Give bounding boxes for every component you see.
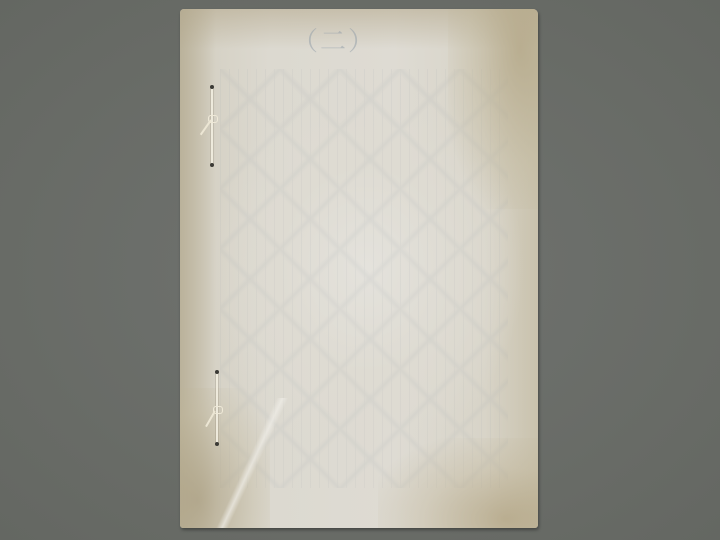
faded-cover-label: （二） <box>292 21 407 61</box>
binding-hole <box>215 370 219 374</box>
book-cover: （二） <box>180 9 538 528</box>
binding-tie-top <box>205 87 219 165</box>
stain-top-right <box>448 9 538 209</box>
stain-bottom-right <box>378 438 538 528</box>
binding-hole <box>215 442 219 446</box>
thread-stitch <box>211 87 213 165</box>
binding-tie-bottom <box>210 372 224 444</box>
binding-hole <box>210 85 214 89</box>
binding-hole <box>210 163 214 167</box>
